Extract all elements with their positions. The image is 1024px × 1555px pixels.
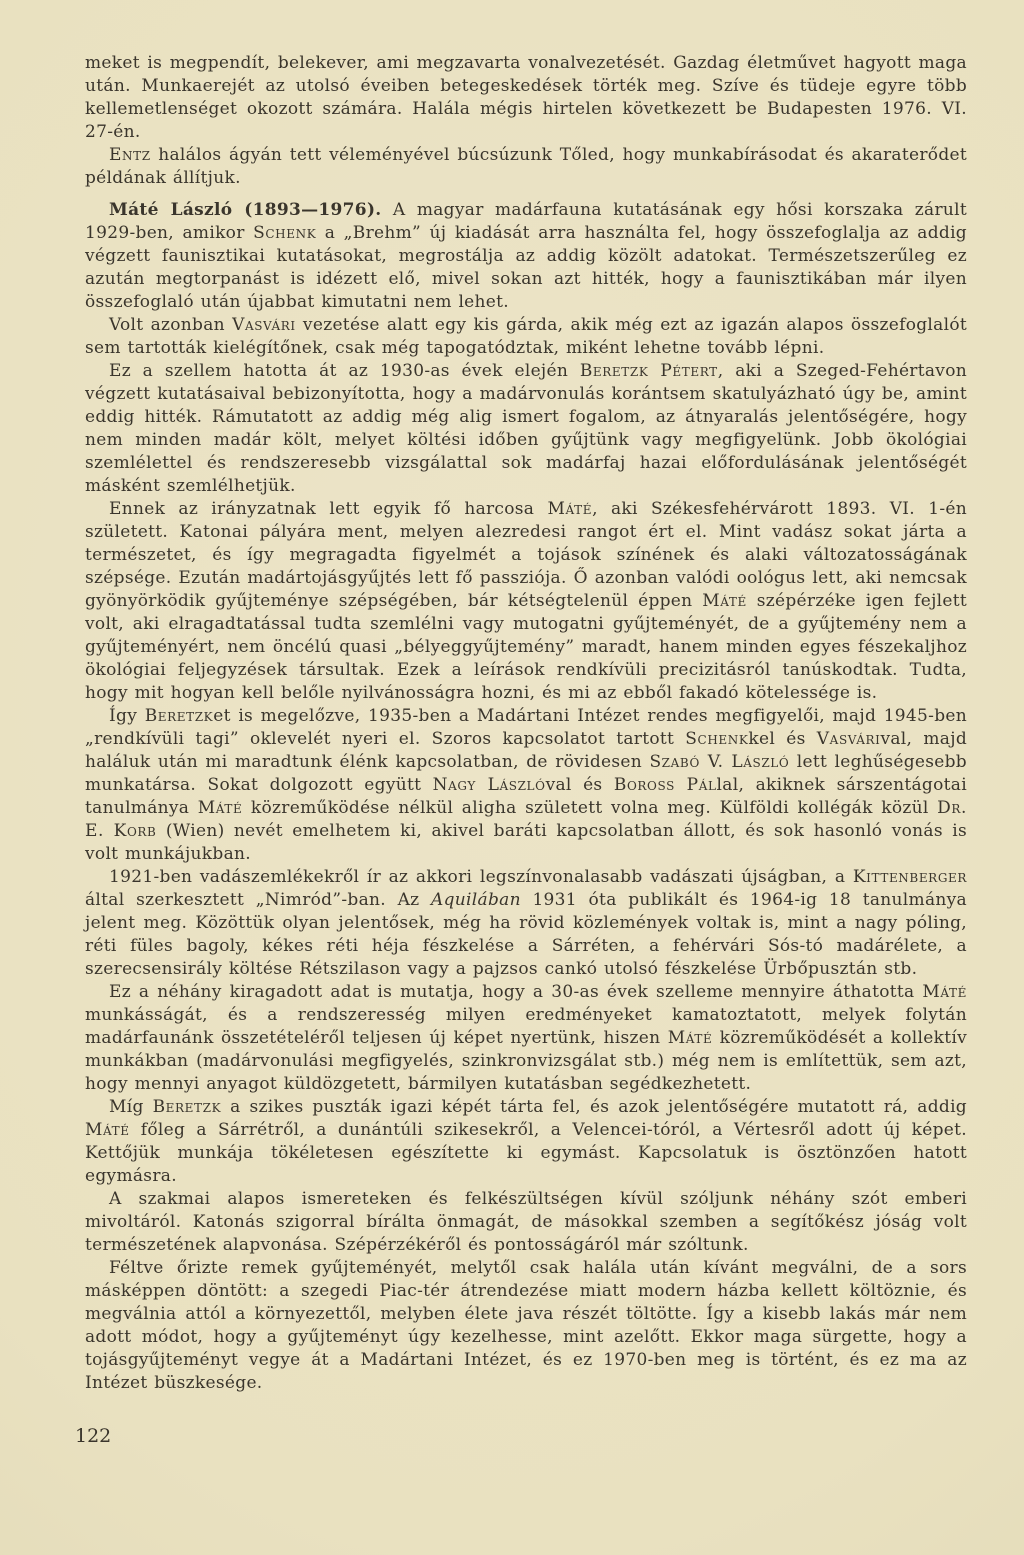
text-segment: Míg [109,1097,153,1117]
text-segment: , aki a Szeged-Fehértavon végzett kutatá… [85,361,967,496]
text-segment: Máté [85,1120,130,1140]
text-segment: Vasvári [817,729,881,749]
text-segment: által szerkesztett „Nimród”-ban. Az [85,890,431,910]
text-segment: 1921-ben vadászemlékekről ír az akkori l… [109,867,853,887]
text-segment: Beretzk [145,706,214,726]
page-number: 122 [75,1425,111,1447]
text-segment: Szabó V. László [649,752,789,772]
text-segment: kel és [748,729,816,749]
scanned-page: meket is megpendít, belekever, ami megza… [0,0,1024,1555]
paragraph: Ez a néhány kiragadott adat is mutatja, … [85,981,967,1096]
text-segment: Schenk [253,223,316,243]
paragraph: Míg Beretzk a szikes puszták igazi képét… [85,1096,967,1188]
text-segment: Így [109,706,145,726]
text-segment: Volt azonban [109,315,232,335]
text-segment: Máté [198,798,243,818]
text-segment: Kittenberger [853,867,967,887]
paragraph: meket is megpendít, belekever, ami megza… [85,52,967,144]
text-segment: Beretzk [153,1097,222,1117]
text-segment: halálos ágyán tett véleményével búcsúzun… [85,145,967,188]
paragraph: A szakmai alapos ismereteken és felkészü… [85,1188,967,1257]
text-segment: Nagy László [433,775,546,795]
text-segment: a szikes puszták igazi képét tárta fel, … [221,1097,967,1117]
text-segment: Ez a néhány kiragadott adat is mutatja, … [109,982,922,1002]
paragraph: Ennek az irányzatnak lett egyik fő harco… [85,498,967,705]
text-segment: Máté [547,499,592,519]
text-segment: Máté [922,982,967,1002]
text-segment: meket is megpendít, belekever, ami megza… [85,53,967,142]
text-segment: főleg a Sárrétről, a dunántúli szikesekr… [85,1120,967,1186]
text-segment: A szakmai alapos ismereteken és felkészü… [85,1189,967,1255]
paragraph: Máté László (1893—1976). A magyar madárf… [85,199,967,314]
text-segment: Máté László (1893—1976). [109,200,382,220]
text-segment: Ez a szellem hatotta át az 1930-as évek … [109,361,580,381]
text-segment: közreműködése nélkül aligha született vo… [242,798,937,818]
text-segment: Boross Pál [614,775,717,795]
paragraph: 1921-ben vadászemlékekről ír az akkori l… [85,866,967,981]
text-block: meket is megpendít, belekever, ami megza… [85,52,967,1395]
paragraph: Így Beretzket is megelőzve, 1935-ben a M… [85,705,967,866]
paragraph: Féltve őrizte remek gyűjteményét, melytő… [85,1257,967,1395]
paragraph: Ez a szellem hatotta át az 1930-as évek … [85,360,967,498]
text-segment: Ennek az irányzatnak lett egyik fő harco… [109,499,547,519]
text-segment: Entz [109,145,151,165]
text-segment: Máté [702,591,747,611]
text-segment: val és [546,775,614,795]
text-segment: Máté [668,1028,713,1048]
text-segment: (Wien) nevét emelhetem ki, akivel baráti… [85,821,967,864]
text-segment: Aquilában [431,890,521,910]
text-segment: Vasvári [232,315,296,335]
text-segment: Schenk [685,729,748,749]
paragraph: Volt azonban Vasvári vezetése alatt egy … [85,314,967,360]
text-segment: Féltve őrizte remek gyűjteményét, melytő… [85,1258,967,1393]
text-segment: Beretzk Pétert [580,361,718,381]
paragraph: Entz halálos ágyán tett véleményével búc… [85,144,967,190]
